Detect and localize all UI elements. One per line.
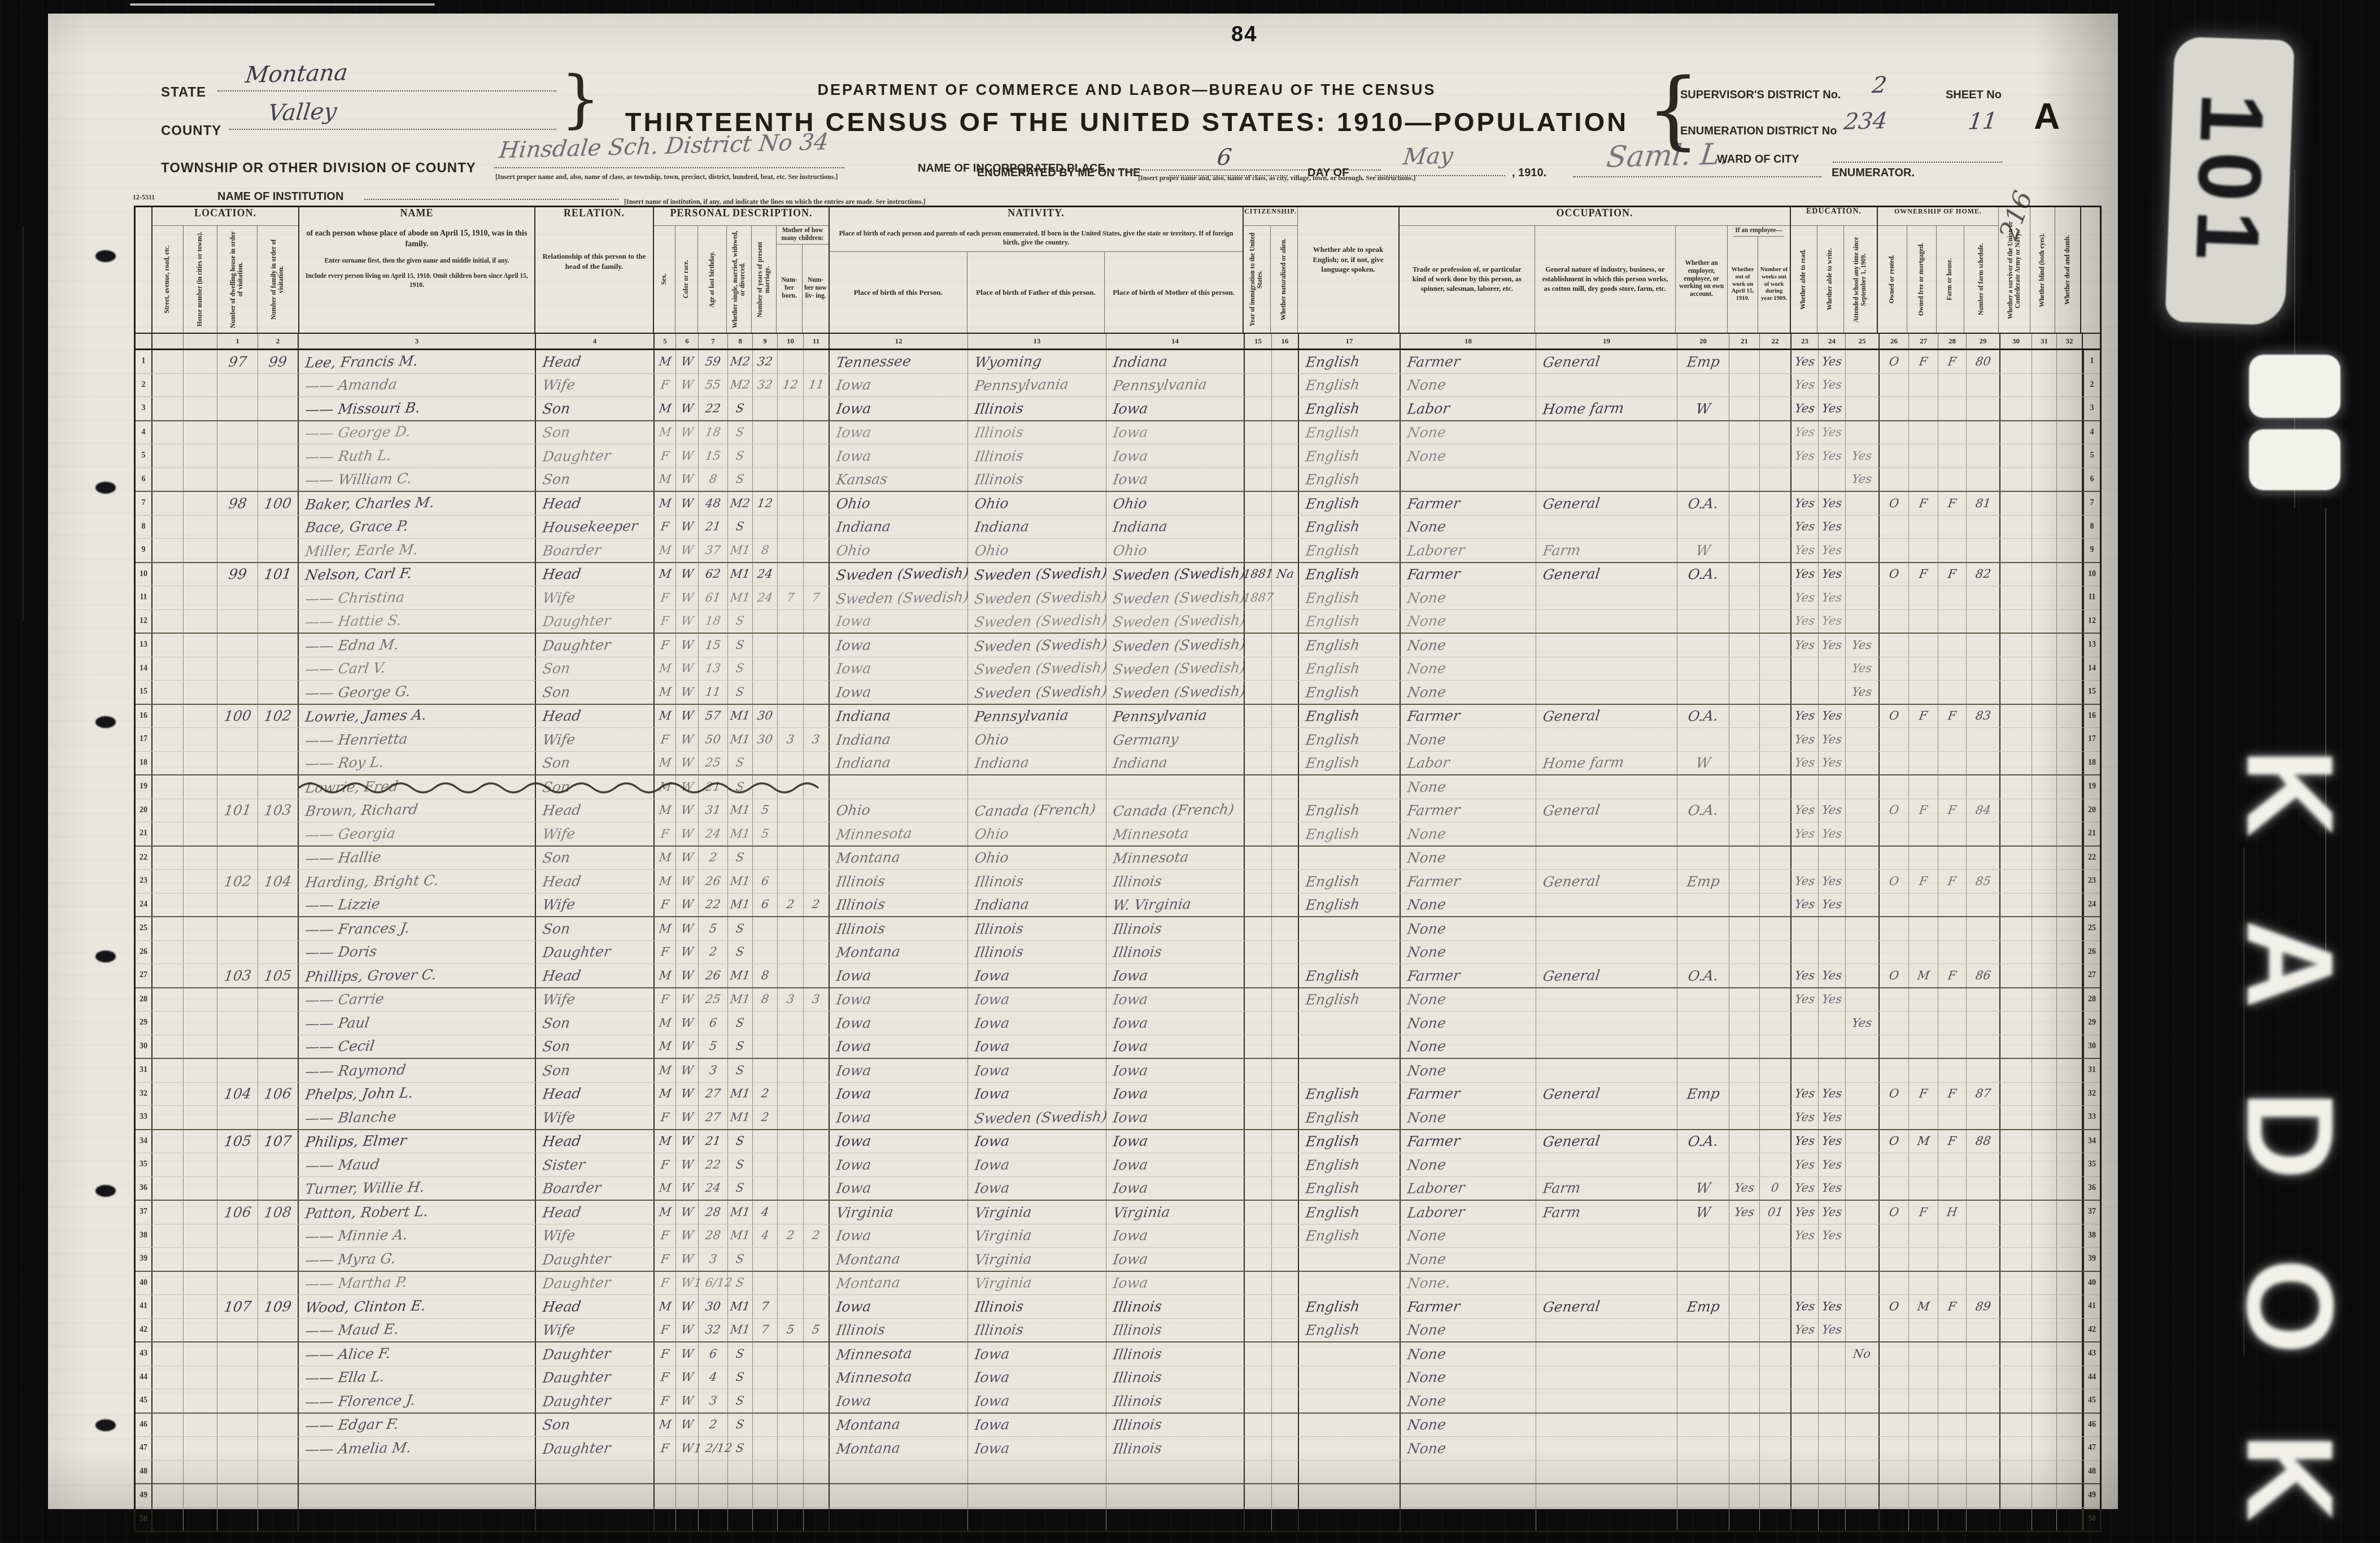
- cell-sx: M: [655, 492, 676, 515]
- cell-sx: F: [655, 516, 676, 539]
- handwritten-value: F: [1947, 970, 1958, 982]
- cell-hn: [184, 586, 217, 609]
- handwritten-value: 108: [263, 1205, 292, 1219]
- cell-ym: [753, 1389, 778, 1413]
- cell-rl: Daughter: [536, 1437, 655, 1460]
- handwritten-value: Pennsylvania: [1112, 708, 1208, 724]
- cell-im: [1245, 799, 1272, 822]
- handwritten-value: Sweden (Swedish): [1112, 566, 1246, 582]
- handwritten-value: F: [660, 592, 670, 604]
- group-relation: RELATION. Relationship of this person to…: [535, 207, 654, 333]
- handwritten-value: Yes: [1821, 544, 1842, 556]
- handwritten-value: O: [1888, 568, 1899, 580]
- handwritten-value: Yes: [1794, 568, 1815, 581]
- handwritten-value: W: [1695, 1181, 1711, 1195]
- handwritten-value: English: [1305, 472, 1361, 487]
- cell-ag: 24: [699, 822, 728, 845]
- row-number-left: 16: [136, 705, 152, 728]
- cell-df: [2057, 681, 2083, 704]
- column-number: 14: [1106, 334, 1245, 348]
- cell-ag: 31: [699, 799, 728, 822]
- cell-rl: Wife: [536, 893, 655, 917]
- col-immigration: Year of immigration to the United States…: [1249, 229, 1264, 330]
- cell-mg: [1909, 634, 1938, 657]
- cell-own: [1880, 657, 1909, 681]
- row-number-left: 34: [136, 1130, 152, 1153]
- handwritten-value: Sweden (Swedish): [1112, 684, 1246, 700]
- cell-st: [152, 610, 184, 633]
- cell-em: [1677, 988, 1729, 1012]
- cell-bm: Pennsylvania: [1106, 705, 1245, 728]
- cell-ms: S: [728, 1059, 753, 1082]
- cell-ln: English: [1299, 657, 1401, 681]
- cell-ms: M1: [728, 964, 753, 987]
- handwritten-value: W: [680, 356, 694, 368]
- handwritten-value: Farmer: [1406, 1086, 1461, 1101]
- table-row: 4949: [136, 1484, 2100, 1508]
- handwritten-value: S: [735, 1065, 745, 1076]
- cell-mg: [1909, 1106, 1938, 1129]
- cell-fh: [1938, 421, 1967, 444]
- handwritten-value: F: [1919, 1206, 1929, 1218]
- cell-bp: Kansas: [830, 468, 968, 491]
- handwritten-value: None: [1406, 992, 1447, 1007]
- cell-bp: [830, 775, 968, 799]
- cell-dw: [217, 847, 258, 870]
- cell-bp: Iowa: [830, 1389, 968, 1413]
- handwritten-value: Head: [542, 1205, 582, 1219]
- handwritten-value: Yes: [1794, 591, 1815, 604]
- cell-fm: [258, 681, 299, 704]
- cell-em: O.A.: [1677, 492, 1729, 515]
- handwritten-value: Farmer: [1406, 803, 1461, 818]
- handwritten-value: Montana: [835, 1417, 901, 1432]
- cell-na: [1272, 657, 1299, 681]
- cell-st: [152, 988, 184, 1012]
- cell-cv: [804, 775, 830, 799]
- cell-rd: [1791, 1035, 1819, 1058]
- handwritten-value: Head: [542, 1087, 582, 1101]
- cell-nm: —— George G.: [299, 681, 536, 704]
- cell-cv: [804, 634, 830, 657]
- cell-wr: Yes: [1819, 1106, 1846, 1129]
- cell-fm: [258, 516, 299, 539]
- handwritten-value: Lee, Francis M.: [304, 354, 419, 369]
- cell-bp: Montana: [830, 1437, 968, 1460]
- cell-sc: [1846, 1366, 1880, 1389]
- handwritten-value: None: [1406, 732, 1447, 747]
- handwritten-value: Yes: [1794, 1088, 1815, 1100]
- col-mortgaged: Owned free or mortgaged.: [1918, 243, 1925, 316]
- cell-sx: F: [655, 610, 676, 633]
- sheet-value: 11: [1967, 108, 1998, 134]
- cell-ln: English: [1299, 988, 1401, 1012]
- handwritten-value: F: [660, 946, 670, 958]
- handwritten-value: Iowa: [1112, 448, 1149, 463]
- cell-bm: Sweden (Swedish): [1106, 657, 1245, 681]
- cell-fm: [258, 728, 299, 751]
- cell-bm: Iowa: [1106, 1272, 1245, 1295]
- cell-co: W: [676, 1414, 699, 1437]
- cell-own: [1880, 1224, 1909, 1248]
- cell-nm: —— George D.: [299, 421, 536, 444]
- cell-hn: [184, 752, 217, 775]
- cell-cb: 2: [778, 1224, 804, 1248]
- cell-sc: [1846, 1437, 1880, 1460]
- handwritten-value: Iowa: [835, 1299, 872, 1314]
- cell-im: [1245, 705, 1272, 728]
- cell-sx: F: [655, 1106, 676, 1129]
- handwritten-value: 7: [812, 592, 821, 604]
- handwritten-value: Iowa: [835, 1228, 872, 1243]
- handwritten-value: Patton, Robert L.: [304, 1204, 429, 1221]
- cell-tr: None: [1401, 421, 1536, 444]
- cell-bl: [2032, 444, 2057, 468]
- cell-ym: [753, 1414, 778, 1437]
- cell-tr: None: [1401, 610, 1536, 633]
- cell-bm: Iowa: [1106, 1224, 1245, 1248]
- row-number-right: 50: [2083, 1508, 2100, 1531]
- handwritten-value: Illinois: [974, 425, 1025, 440]
- cell-hn: [184, 847, 217, 870]
- row-number-left: 23: [136, 870, 152, 893]
- cell-fs: [1967, 468, 2000, 491]
- cell-bp: Tennessee: [830, 350, 968, 373]
- handwritten-value: Yes: [1794, 1182, 1815, 1195]
- row-number-left: 7: [136, 492, 152, 515]
- cell-dw: 103: [217, 964, 258, 987]
- cell-ym: [753, 917, 778, 940]
- group-name: NAME of each person whose place of abode…: [298, 207, 535, 333]
- cell-na: [1272, 1461, 1299, 1484]
- handwritten-value: English: [1305, 685, 1361, 700]
- rownum-header-right: [2081, 207, 2098, 333]
- cell-co: W: [676, 468, 699, 491]
- cell-fs: [1967, 1343, 2000, 1366]
- name-sub1: Enter surname first, then the given name…: [299, 254, 534, 269]
- cell-ms: M1: [728, 1106, 753, 1129]
- cell-cv: [804, 870, 830, 893]
- handwritten-value: S: [735, 473, 745, 485]
- cell-im: [1245, 1319, 1272, 1342]
- cell-hn: [184, 917, 217, 940]
- cell-mg: [1909, 586, 1938, 609]
- cell-fs: [1967, 1035, 2000, 1058]
- handwritten-value: 30: [705, 1301, 722, 1313]
- cell-st: [152, 1295, 184, 1318]
- cell-rl: Head: [536, 1201, 655, 1224]
- handwritten-value: M2: [730, 497, 751, 509]
- cell-hn: [184, 681, 217, 704]
- cell-nm: —— Ella L.: [299, 1366, 536, 1389]
- cell-rl: Wife: [536, 728, 655, 751]
- row-number-right: 12: [2083, 610, 2100, 633]
- cell-im: [1245, 1201, 1272, 1224]
- cell-na: [1272, 988, 1299, 1012]
- cell-fm: 105: [258, 964, 299, 987]
- cell-bl: [2032, 516, 2057, 539]
- cell-dw: [217, 752, 258, 775]
- cell-wk: 01: [1760, 1201, 1791, 1224]
- cell-em: W: [1677, 397, 1729, 420]
- row-number-left: 11: [136, 586, 152, 609]
- cell-ms: M1: [728, 705, 753, 728]
- handwritten-value: Yes: [1821, 875, 1842, 887]
- cell-sx: F: [655, 1389, 676, 1413]
- cell-co: W: [676, 1366, 699, 1389]
- cell-fs: [1967, 1414, 2000, 1437]
- handwritten-value: English: [1305, 613, 1361, 629]
- handwritten-value: 107: [223, 1299, 252, 1314]
- cell-ind: Farm: [1536, 1177, 1677, 1200]
- cell-sx: M: [655, 397, 676, 420]
- handwritten-value: 24: [705, 828, 722, 840]
- handwritten-value: S: [735, 1182, 745, 1194]
- cell-ind: General: [1536, 705, 1677, 728]
- row-number-left: 39: [136, 1248, 152, 1271]
- cell-rd: Yes: [1791, 1130, 1819, 1153]
- cell-bl: [2032, 1319, 2057, 1342]
- cell-ag: 3: [699, 1389, 728, 1413]
- cell-bm: [1106, 1484, 1245, 1507]
- cell-tr: Farmer: [1401, 799, 1536, 822]
- handwritten-value: F: [660, 1395, 670, 1407]
- handwritten-value: Illinois: [835, 1323, 886, 1337]
- handwritten-value: Farmer: [1406, 354, 1461, 369]
- cell-df: [2057, 1366, 2083, 1389]
- cell-fh: H: [1938, 1201, 1967, 1224]
- cell-tr: Farmer: [1401, 1083, 1536, 1106]
- cell-own: [1880, 610, 1909, 633]
- row-number-left: 27: [136, 964, 152, 987]
- table-row: 2—— AmandaWifeFW55M2321211IowaPennsylvan…: [136, 374, 2100, 398]
- handwritten-value: F: [660, 1253, 670, 1265]
- cell-fs: [1967, 1201, 2000, 1224]
- row-number-right: 46: [2083, 1414, 2100, 1437]
- handwritten-value: O.A.: [1687, 496, 1719, 511]
- cell-own: [1880, 634, 1909, 657]
- cell-sc: [1846, 870, 1880, 893]
- table-row: 16100102Lowrie, James A.HeadMW57M130Indi…: [136, 705, 2100, 729]
- cell-ln: English: [1299, 1201, 1401, 1224]
- handwritten-value: Pennsylvania: [1112, 377, 1208, 393]
- cell-rl: Daughter: [536, 1389, 655, 1413]
- cell-ms: S: [728, 1389, 753, 1413]
- handwritten-value: Son: [542, 685, 571, 699]
- cell-own: [1880, 1059, 1909, 1082]
- cell-sc: [1846, 1461, 1880, 1484]
- cell-wr: Yes: [1819, 610, 1846, 633]
- cell-own: [1880, 444, 1909, 468]
- col-street: Street, avenue, road, etc.: [164, 245, 171, 313]
- cell-cb: [778, 610, 804, 633]
- cell-sx: M: [655, 1414, 676, 1437]
- cell-rl: Son: [536, 847, 655, 870]
- cell-cw: [2000, 870, 2032, 893]
- handwritten-value: 6: [708, 1017, 717, 1029]
- cell-mg: [1909, 444, 1938, 468]
- col-school: Attended school any time since September…: [1853, 229, 1868, 330]
- cell-fh: [1938, 1389, 1967, 1413]
- table-row: 19799Lee, Francis M.HeadMW59M232Tennesse…: [136, 350, 2100, 374]
- cell-ym: [753, 1461, 778, 1484]
- table-row: 6—— William C.SonMW8SKansasIllinoisIowaE…: [136, 468, 2100, 492]
- kodak-letter: D: [2228, 1091, 2351, 1179]
- handwritten-value: None: [1406, 448, 1447, 463]
- handwritten-value: 32: [705, 1324, 722, 1336]
- cell-wk: [1760, 586, 1791, 609]
- handwritten-value: General: [1542, 803, 1601, 818]
- handwritten-value: Boarder: [542, 1180, 602, 1196]
- cell-dw: [217, 421, 258, 444]
- cell-cw: [2000, 964, 2032, 987]
- handwritten-value: Indiana: [974, 897, 1030, 912]
- cell-sc: [1846, 1130, 1880, 1153]
- cell-bf: Sweden (Swedish): [968, 634, 1106, 657]
- handwritten-value: Virginia: [974, 1275, 1032, 1291]
- cell-ms: S: [728, 516, 753, 539]
- cell-fs: 85: [1967, 870, 2000, 893]
- cell-ym: [753, 1130, 778, 1153]
- cell-dw: [217, 1508, 258, 1531]
- cell-wk: [1760, 752, 1791, 775]
- cell-st: [152, 516, 184, 539]
- cell-bl: [2032, 1012, 2057, 1035]
- cell-sx: M: [655, 1035, 676, 1058]
- cell-fs: [1967, 847, 2000, 870]
- cell-own: O: [1880, 492, 1909, 515]
- cell-mg: [1909, 1366, 1938, 1389]
- cell-bl: [2032, 1248, 2057, 1271]
- cell-fh: [1938, 752, 1967, 775]
- row-number-left: 15: [136, 681, 152, 704]
- handwritten-value: —— Edgar F.: [304, 1417, 399, 1433]
- cell-mg: F: [1909, 705, 1938, 728]
- cell-fm: [258, 1059, 299, 1082]
- cell-ow: [1729, 1319, 1760, 1342]
- cell-cv: [804, 1012, 830, 1035]
- cell-fm: [258, 1224, 299, 1248]
- row-number-left: 4: [136, 421, 152, 444]
- cell-wr: [1819, 468, 1846, 491]
- cell-fh: [1938, 893, 1967, 917]
- handwritten-value: Iowa: [974, 1346, 1010, 1361]
- handwritten-value: English: [1305, 826, 1361, 842]
- cell-ln: English: [1299, 516, 1401, 539]
- handwritten-value: S: [735, 450, 745, 462]
- cell-im: [1245, 847, 1272, 870]
- cell-bf: Iowa: [968, 1414, 1106, 1437]
- cell-fh: [1938, 539, 1967, 562]
- kodak-letter: K: [2228, 748, 2351, 837]
- cell-bp: Iowa: [830, 1012, 968, 1035]
- cell-cv: [804, 1035, 830, 1058]
- cell-cv: [804, 1389, 830, 1413]
- cell-ag: 62: [699, 563, 728, 586]
- cell-ms: S: [728, 1248, 753, 1271]
- cell-cb: 7: [778, 586, 804, 609]
- cell-ind: General: [1536, 964, 1677, 987]
- cell-co: W: [676, 634, 699, 657]
- handwritten-value: 6: [760, 875, 769, 887]
- ownership-title: OWNERSHIP OF HOME.: [1878, 207, 1998, 226]
- cell-hn: [184, 1083, 217, 1106]
- handwritten-value: —— Maud E.: [304, 1322, 400, 1338]
- cell-cw: [2000, 1319, 2032, 1342]
- cell-rd: Yes: [1791, 752, 1819, 775]
- cell-dw: 98: [217, 492, 258, 515]
- cell-df: [2057, 374, 2083, 397]
- cell-cv: [804, 752, 830, 775]
- cell-ag: 55: [699, 374, 728, 397]
- handwritten-value: Virginia: [974, 1228, 1032, 1243]
- film-frame-number: 101: [2182, 91, 2278, 271]
- cell-bm: Indiana: [1106, 350, 1245, 373]
- row-number-left: 5: [136, 444, 152, 468]
- handwritten-value: Son: [542, 1063, 571, 1078]
- punch-hole: [95, 1419, 116, 1431]
- cell-df: [2057, 350, 2083, 373]
- cell-nm: —— Ruth L.: [299, 444, 536, 468]
- cell-fm: [258, 468, 299, 491]
- cell-cv: [804, 1295, 830, 1318]
- handwritten-value: 6: [760, 899, 769, 910]
- cell-ag: 15: [699, 444, 728, 468]
- film-marker-bar: [2249, 429, 2340, 490]
- cell-dw: [217, 728, 258, 751]
- cell-bl: [2032, 1106, 2057, 1129]
- handwritten-value: Indiana: [835, 519, 892, 534]
- cell-ym: 5: [753, 799, 778, 822]
- handwritten-value: W. Virginia: [1112, 897, 1192, 912]
- cell-own: [1880, 1366, 1909, 1389]
- cell-st: [152, 917, 184, 940]
- handwritten-value: English: [1305, 992, 1361, 1007]
- handwritten-value: Iowa: [835, 448, 872, 463]
- table-row: 36Turner, Willie H.BoarderMW24SIowaIowaI…: [136, 1177, 2100, 1201]
- cell-bf: Iowa: [968, 1083, 1106, 1106]
- cell-bm: Virginia: [1106, 1201, 1245, 1224]
- cell-ln: English: [1299, 350, 1401, 373]
- cell-rl: Son: [536, 1059, 655, 1082]
- cell-ms: M1: [728, 586, 753, 609]
- cell-dw: [217, 822, 258, 845]
- cell-em: [1677, 1414, 1729, 1437]
- cell-dw: 100: [217, 705, 258, 728]
- column-number: [184, 334, 217, 348]
- row-number-left: 29: [136, 1012, 152, 1035]
- cell-sc: [1846, 1106, 1880, 1129]
- handwritten-value: F: [660, 734, 670, 746]
- cell-dw: [217, 1461, 258, 1484]
- handwritten-value: Yes: [1794, 1135, 1815, 1148]
- cell-cb: 5: [778, 1319, 804, 1342]
- cell-own: [1880, 681, 1909, 704]
- cell-em: O.A.: [1677, 705, 1729, 728]
- cell-rd: Yes: [1791, 964, 1819, 987]
- cell-fs: [1967, 988, 2000, 1012]
- cell-cv: [804, 468, 830, 491]
- handwritten-value: S: [735, 1419, 745, 1431]
- handwritten-value: O: [1888, 356, 1899, 368]
- cell-sc: [1846, 847, 1880, 870]
- handwritten-value: Wife: [542, 732, 576, 747]
- cell-own: [1880, 1248, 1909, 1271]
- column-number-row: 1234567891011121314151617181920212223242…: [136, 334, 2100, 350]
- row-number-right: 19: [2083, 775, 2100, 799]
- cell-na: [1272, 634, 1299, 657]
- handwritten-value: Home farm: [1542, 755, 1625, 770]
